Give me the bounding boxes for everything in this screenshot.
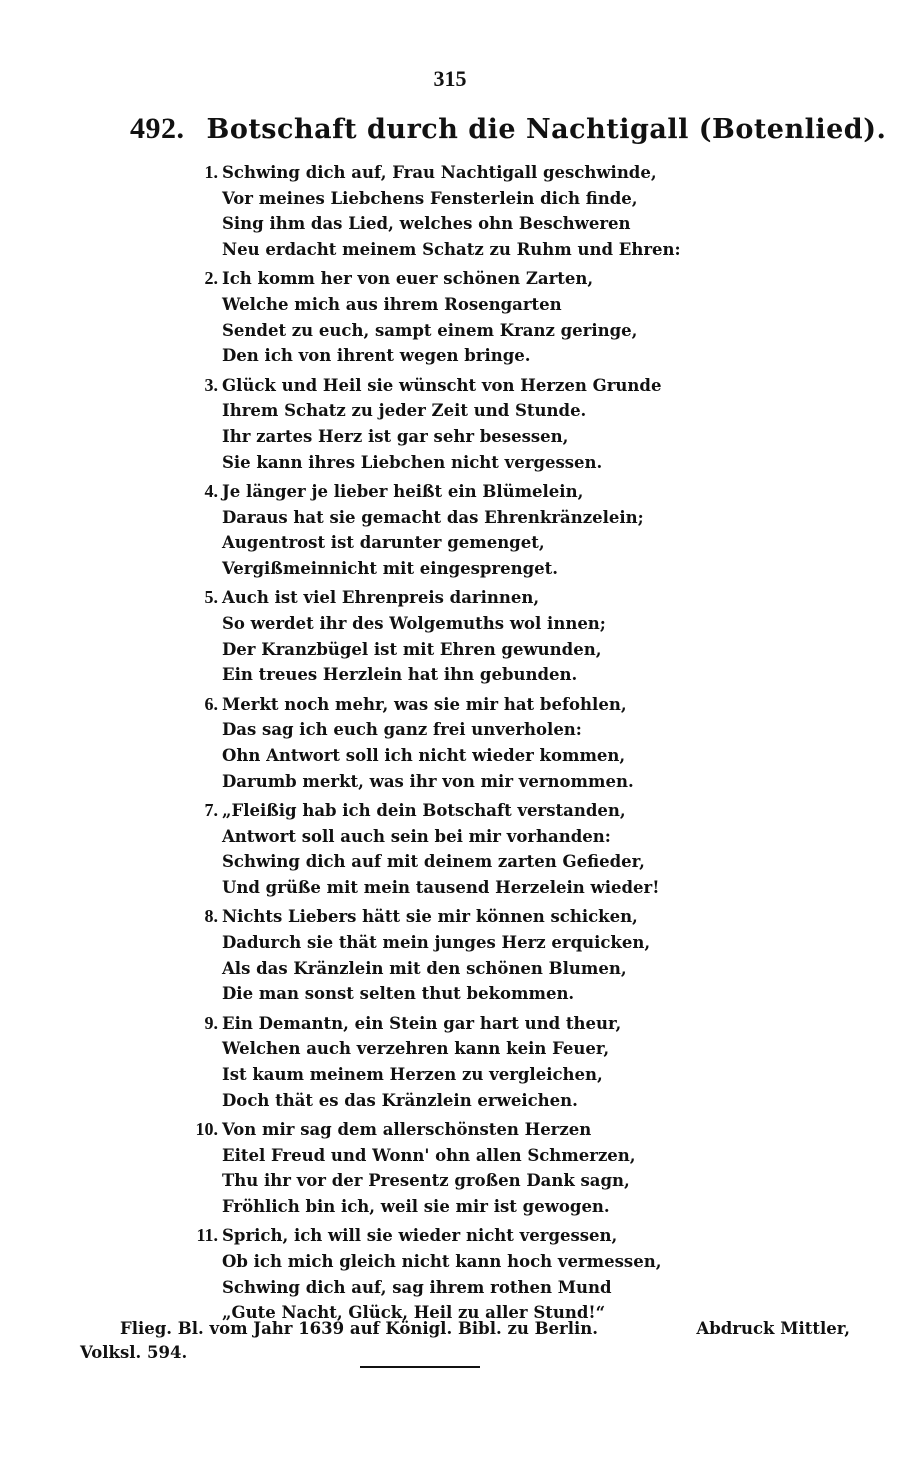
verse-line: Sendet zu euch, sampt einem Kranz gering… xyxy=(186,318,706,344)
verse-line: Darumb merkt, was ihr von mir vernommen. xyxy=(186,769,706,795)
verse-line: Nichts Liebers hätt sie mir können schic… xyxy=(186,904,706,930)
verse-line: Augentrost ist darunter gemenget, xyxy=(186,530,706,556)
stanza: 10.Von mir sag dem allerschönsten Herzen… xyxy=(186,1117,706,1220)
verse-line: Ich komm her von euer schönen Zarten, xyxy=(186,266,706,292)
verse-line: Fröhlich bin ich, weil sie mir ist gewog… xyxy=(186,1194,706,1220)
stanza: 11.Sprich, ich will sie wieder nicht ver… xyxy=(186,1223,706,1326)
stanza-number: 10. xyxy=(182,1117,218,1143)
verse-line: Neu erdacht meinem Schatz zu Ruhm und Eh… xyxy=(186,237,706,263)
verse-line: Ihrem Schatz zu jeder Zeit und Stunde. xyxy=(186,398,706,424)
stanza-number: 11. xyxy=(182,1223,218,1249)
verse-line: Schwing dich auf, Frau Nachtigall geschw… xyxy=(186,160,706,186)
verse-line: Von mir sag dem allerschönsten Herzen xyxy=(186,1117,706,1143)
verse-line: Daraus hat sie gemacht das Ehrenkränzele… xyxy=(186,505,706,531)
verse-line: Welchen auch verzehren kann kein Feuer, xyxy=(186,1036,706,1062)
verse-line: Sie kann ihres Liebchen nicht vergessen. xyxy=(186,450,706,476)
stanza: 6.Merkt noch mehr, was sie mir hat befoh… xyxy=(186,692,706,795)
verse-line: So werdet ihr des Wolgemuths wol innen; xyxy=(186,611,706,637)
source-reprint: Abdruck Mittler, xyxy=(696,1317,850,1341)
stanza-number: 8. xyxy=(182,904,218,930)
verse-line: Ein treues Herzlein hat ihn gebunden. xyxy=(186,662,706,688)
stanza-number: 7. xyxy=(182,798,218,824)
verse-line: Auch ist viel Ehrenpreis darinnen, xyxy=(186,585,706,611)
verse-line: Welche mich aus ihrem Rosengarten xyxy=(186,292,706,318)
song-number: 492. xyxy=(130,112,185,145)
stanza-number: 3. xyxy=(182,373,218,399)
source-line-1: Flieg. Bl. vom Jahr 1639 auf Königl. Bib… xyxy=(80,1317,850,1341)
verse-line: Die man sonst selten thut bekommen. xyxy=(186,981,706,1007)
page-number: 315 xyxy=(0,66,900,92)
verse-line: Glück und Heil sie wünscht von Herzen Gr… xyxy=(186,373,706,399)
verse-line: Antwort soll auch sein bei mir vorhanden… xyxy=(186,824,706,850)
stanza: 1.Schwing dich auf, Frau Nachtigall gesc… xyxy=(186,160,706,263)
stanza: 8.Nichts Liebers hätt sie mir können sch… xyxy=(186,904,706,1007)
verse-line: Ein Demantn, ein Stein gar hart und theu… xyxy=(186,1011,706,1037)
song-title-text: Botschaft durch die Nachtigall (Botenlie… xyxy=(207,114,887,145)
stanza: 7.„Fleißig hab ich dein Botschaft versta… xyxy=(186,798,706,901)
source-line-2: Volksl. 594. xyxy=(80,1341,850,1365)
stanza-number: 1. xyxy=(182,160,218,186)
verse-line: Vergißmeinnicht mit eingesprenget. xyxy=(186,556,706,582)
verse-line: Den ich von ihrent wegen bringe. xyxy=(186,343,706,369)
verse-line: Eitel Freud und Wonn' ohn allen Schmerze… xyxy=(186,1143,706,1169)
stanza-number: 4. xyxy=(182,479,218,505)
stanza: 9.Ein Demantn, ein Stein gar hart und th… xyxy=(186,1011,706,1114)
song-title: 492.Botschaft durch die Nachtigall (Bote… xyxy=(130,112,810,146)
stanza-number: 6. xyxy=(182,692,218,718)
verse-line: Schwing dich auf, sag ihrem rothen Mund xyxy=(186,1275,706,1301)
verse-line: Sprich, ich will sie wieder nicht verges… xyxy=(186,1223,706,1249)
verse-line: Sing ihm das Lied, welches ohn Beschwere… xyxy=(186,211,706,237)
stanza: 2.Ich komm her von euer schönen Zarten,W… xyxy=(186,266,706,369)
verse-line: Ist kaum meinem Herzen zu vergleichen, xyxy=(186,1062,706,1088)
verse-line: Und grüße mit mein tausend Herzelein wie… xyxy=(186,875,706,901)
verse-line: Das sag ich euch ganz frei unverholen: xyxy=(186,717,706,743)
verse-line: Vor meines Liebchens Fensterlein dich fi… xyxy=(186,186,706,212)
verse-line: Merkt noch mehr, was sie mir hat befohle… xyxy=(186,692,706,718)
verse-line: Ob ich mich gleich nicht kann hoch verme… xyxy=(186,1249,706,1275)
verse-line: Thu ihr vor der Presentz großen Dank sag… xyxy=(186,1168,706,1194)
source-note: Flieg. Bl. vom Jahr 1639 auf Königl. Bib… xyxy=(80,1317,850,1365)
verse-line: „Fleißig hab ich dein Botschaft verstand… xyxy=(186,798,706,824)
stanza-number: 5. xyxy=(182,585,218,611)
stanza-number: 2. xyxy=(182,266,218,292)
verse-line: Als das Kränzlein mit den schönen Blumen… xyxy=(186,956,706,982)
stanza: 3.Glück und Heil sie wünscht von Herzen … xyxy=(186,373,706,476)
stanza: 5.Auch ist viel Ehrenpreis darinnen,So w… xyxy=(186,585,706,688)
stanza-number: 9. xyxy=(182,1011,218,1037)
verse-line: Schwing dich auf mit deinem zarten Gefie… xyxy=(186,849,706,875)
verse-line: Doch thät es das Kränzlein erweichen. xyxy=(186,1088,706,1114)
verse-line: Dadurch sie thät mein junges Herz erquic… xyxy=(186,930,706,956)
source-citation: Flieg. Bl. vom Jahr 1639 auf Königl. Bib… xyxy=(120,1319,598,1338)
section-divider xyxy=(360,1366,480,1368)
verse-line: Ihr zartes Herz ist gar sehr besessen, xyxy=(186,424,706,450)
stanza: 4.Je länger je lieber heißt ein Blümelei… xyxy=(186,479,706,582)
verse-line: Je länger je lieber heißt ein Blümelein, xyxy=(186,479,706,505)
poem: 1.Schwing dich auf, Frau Nachtigall gesc… xyxy=(186,160,706,1329)
verse-line: Ohn Antwort soll ich nicht wieder kommen… xyxy=(186,743,706,769)
verse-line: Der Kranzbügel ist mit Ehren gewunden, xyxy=(186,637,706,663)
